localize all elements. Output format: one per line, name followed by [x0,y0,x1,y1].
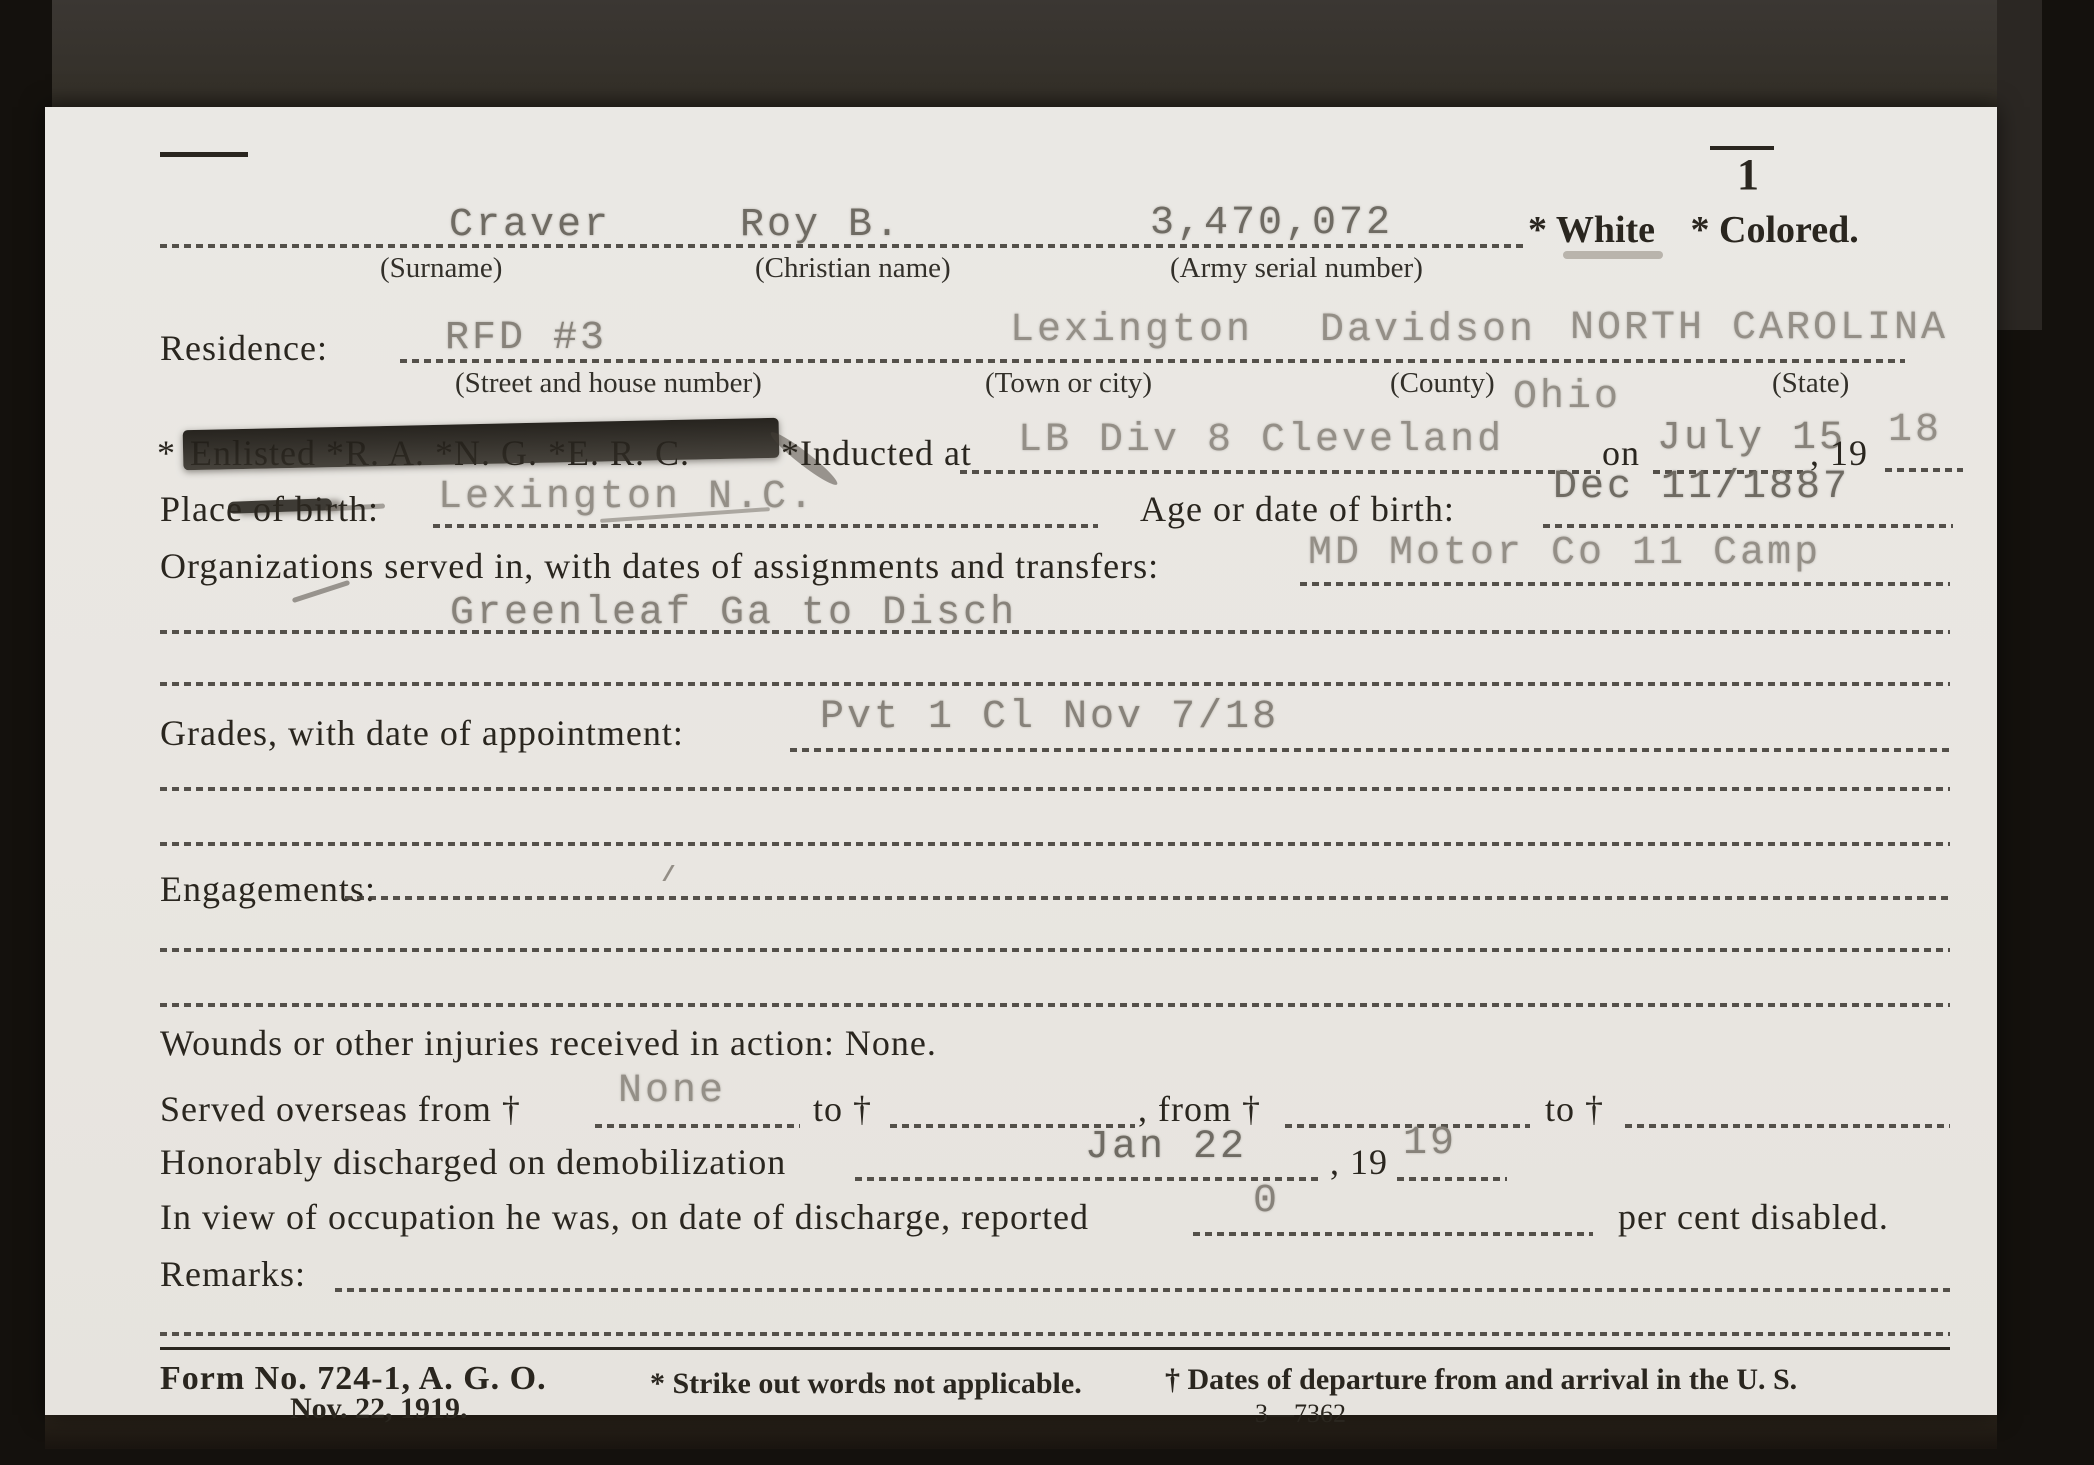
book-edge-band [52,0,2027,110]
serial-number-label: (Army serial number) [1170,252,1423,285]
wounds-line: Wounds or other injuries received in act… [160,1022,937,1064]
typed-induction-place: LB Div 8 Cleveland [1018,418,1504,463]
overseas-to2-label: to † [1545,1088,1604,1130]
residence-label: Residence: [160,327,328,369]
blank-dotted-rule-2 [160,787,1950,791]
typed-organizations-line1: MD Motor Co 11 Camp [1308,531,1821,576]
birth-place-dotted-rule [433,524,1098,528]
name-dotted-rule [160,244,1528,248]
strike-footnote: * Strike out words not applicable. [650,1367,1082,1401]
form-date: Nov. 22, 1919. [290,1392,468,1426]
page-number: 1 [1737,149,1759,200]
county-label: (County) [1390,367,1495,400]
discharge-dotted-rule-2 [1397,1177,1507,1181]
typed-overseas-from: None [618,1069,726,1114]
residence-dotted-rule [400,359,1905,363]
christian-name-label: (Christian name) [755,252,951,285]
top-left-tick-mark [160,152,248,157]
typed-discharge-date: Jan 22 [1085,1125,1247,1170]
typed-street: RFD #3 [445,316,607,361]
organizations-dotted-rule-2 [160,630,1950,634]
engagements-dotted-rule [345,896,1950,900]
typed-induction-year: 18 [1888,408,1942,453]
blank-dotted-rule-3 [160,842,1950,846]
service-record-card: 1 Craver Roy B. 3,470,072 * White * Colo… [45,107,1997,1415]
engagements-label: Engagements: [160,868,376,910]
remarks-label: Remarks: [160,1253,306,1295]
typed-disability-percent: 0 [1253,1179,1280,1224]
discharge-dotted-rule-1 [855,1177,1320,1181]
remarks-dotted-rule [335,1288,1950,1292]
blank-dotted-rule-5 [160,1003,1950,1007]
dagger-footnote: † Dates of departure from and arrival in… [1165,1363,1797,1397]
disability-suffix: per cent disabled. [1618,1196,1889,1238]
typed-state-correction: Ohio [1513,375,1621,420]
place-of-birth-label: Place of birth: [160,488,379,530]
induction-dotted-rule [960,470,1600,474]
white-pencil-mark [1563,251,1663,259]
surname-label: (Surname) [380,252,502,285]
typed-discharge-year: 19 [1403,1121,1457,1166]
blank-dotted-rule-4 [160,948,1950,952]
town-label: (Town or city) [985,367,1152,400]
grades-dotted-rule [790,748,1950,752]
age-label: Age or date of birth: [1140,488,1455,530]
grades-label: Grades, with date of appointment: [160,712,684,754]
colored-option: * Colored. [1691,209,1859,251]
disability-dotted-rule [1193,1232,1593,1236]
typed-serial-number: 3,470,072 [1150,201,1393,246]
discharge-label: Honorably discharged on demobilization [160,1141,786,1183]
organizations-label: Organizations served in, with dates of a… [160,545,1159,587]
overseas-dotted-rule-1 [595,1124,800,1128]
inducted-at-label: *Inducted at [781,432,972,474]
overseas-dotted-rule-4 [1625,1124,1950,1128]
enlisted-asterisk: * [157,432,176,474]
print-code: 3—7362 [1255,1399,1346,1429]
overseas-label: Served overseas from † [160,1088,521,1130]
typed-grades: Pvt 1 Cl Nov 7/18 [820,695,1279,740]
discharge-year-19-print: , 19 [1330,1141,1388,1183]
state-label: (State) [1772,367,1849,400]
white-option: * White [1528,209,1655,251]
background-shading [1997,0,2042,330]
blank-dotted-rule-1 [160,682,1950,686]
bottom-solid-rule [160,1347,1950,1350]
street-label: (Street and house number) [455,367,762,400]
organizations-dotted-rule-1 [1300,582,1950,586]
typed-state: NORTH CAROLINA [1570,306,1948,351]
scan-background: 1 Craver Roy B. 3,470,072 * White * Colo… [0,0,2094,1465]
typed-county: Davidson [1320,308,1536,353]
typed-town: Lexington [1010,308,1253,353]
birth-date-dotted-rule [1543,524,1953,528]
typed-birth-date: Dec 11/1887 [1553,465,1850,510]
typed-christian-name: Roy B. [740,203,902,248]
induction-year-dotted-rule [1885,468,1963,472]
overseas-from2-label: , from † [1138,1088,1261,1130]
typed-place-of-birth: Lexington N.C. [438,475,816,520]
typed-surname: Craver [449,203,611,248]
bottom-dotted-rule [160,1332,1950,1336]
disability-label: In view of occupation he was, on date of… [160,1196,1089,1238]
stray-pencil-mark [662,865,688,881]
race-options: * White * Colored. [1528,208,1859,252]
overseas-to1-label: to † [813,1088,872,1130]
